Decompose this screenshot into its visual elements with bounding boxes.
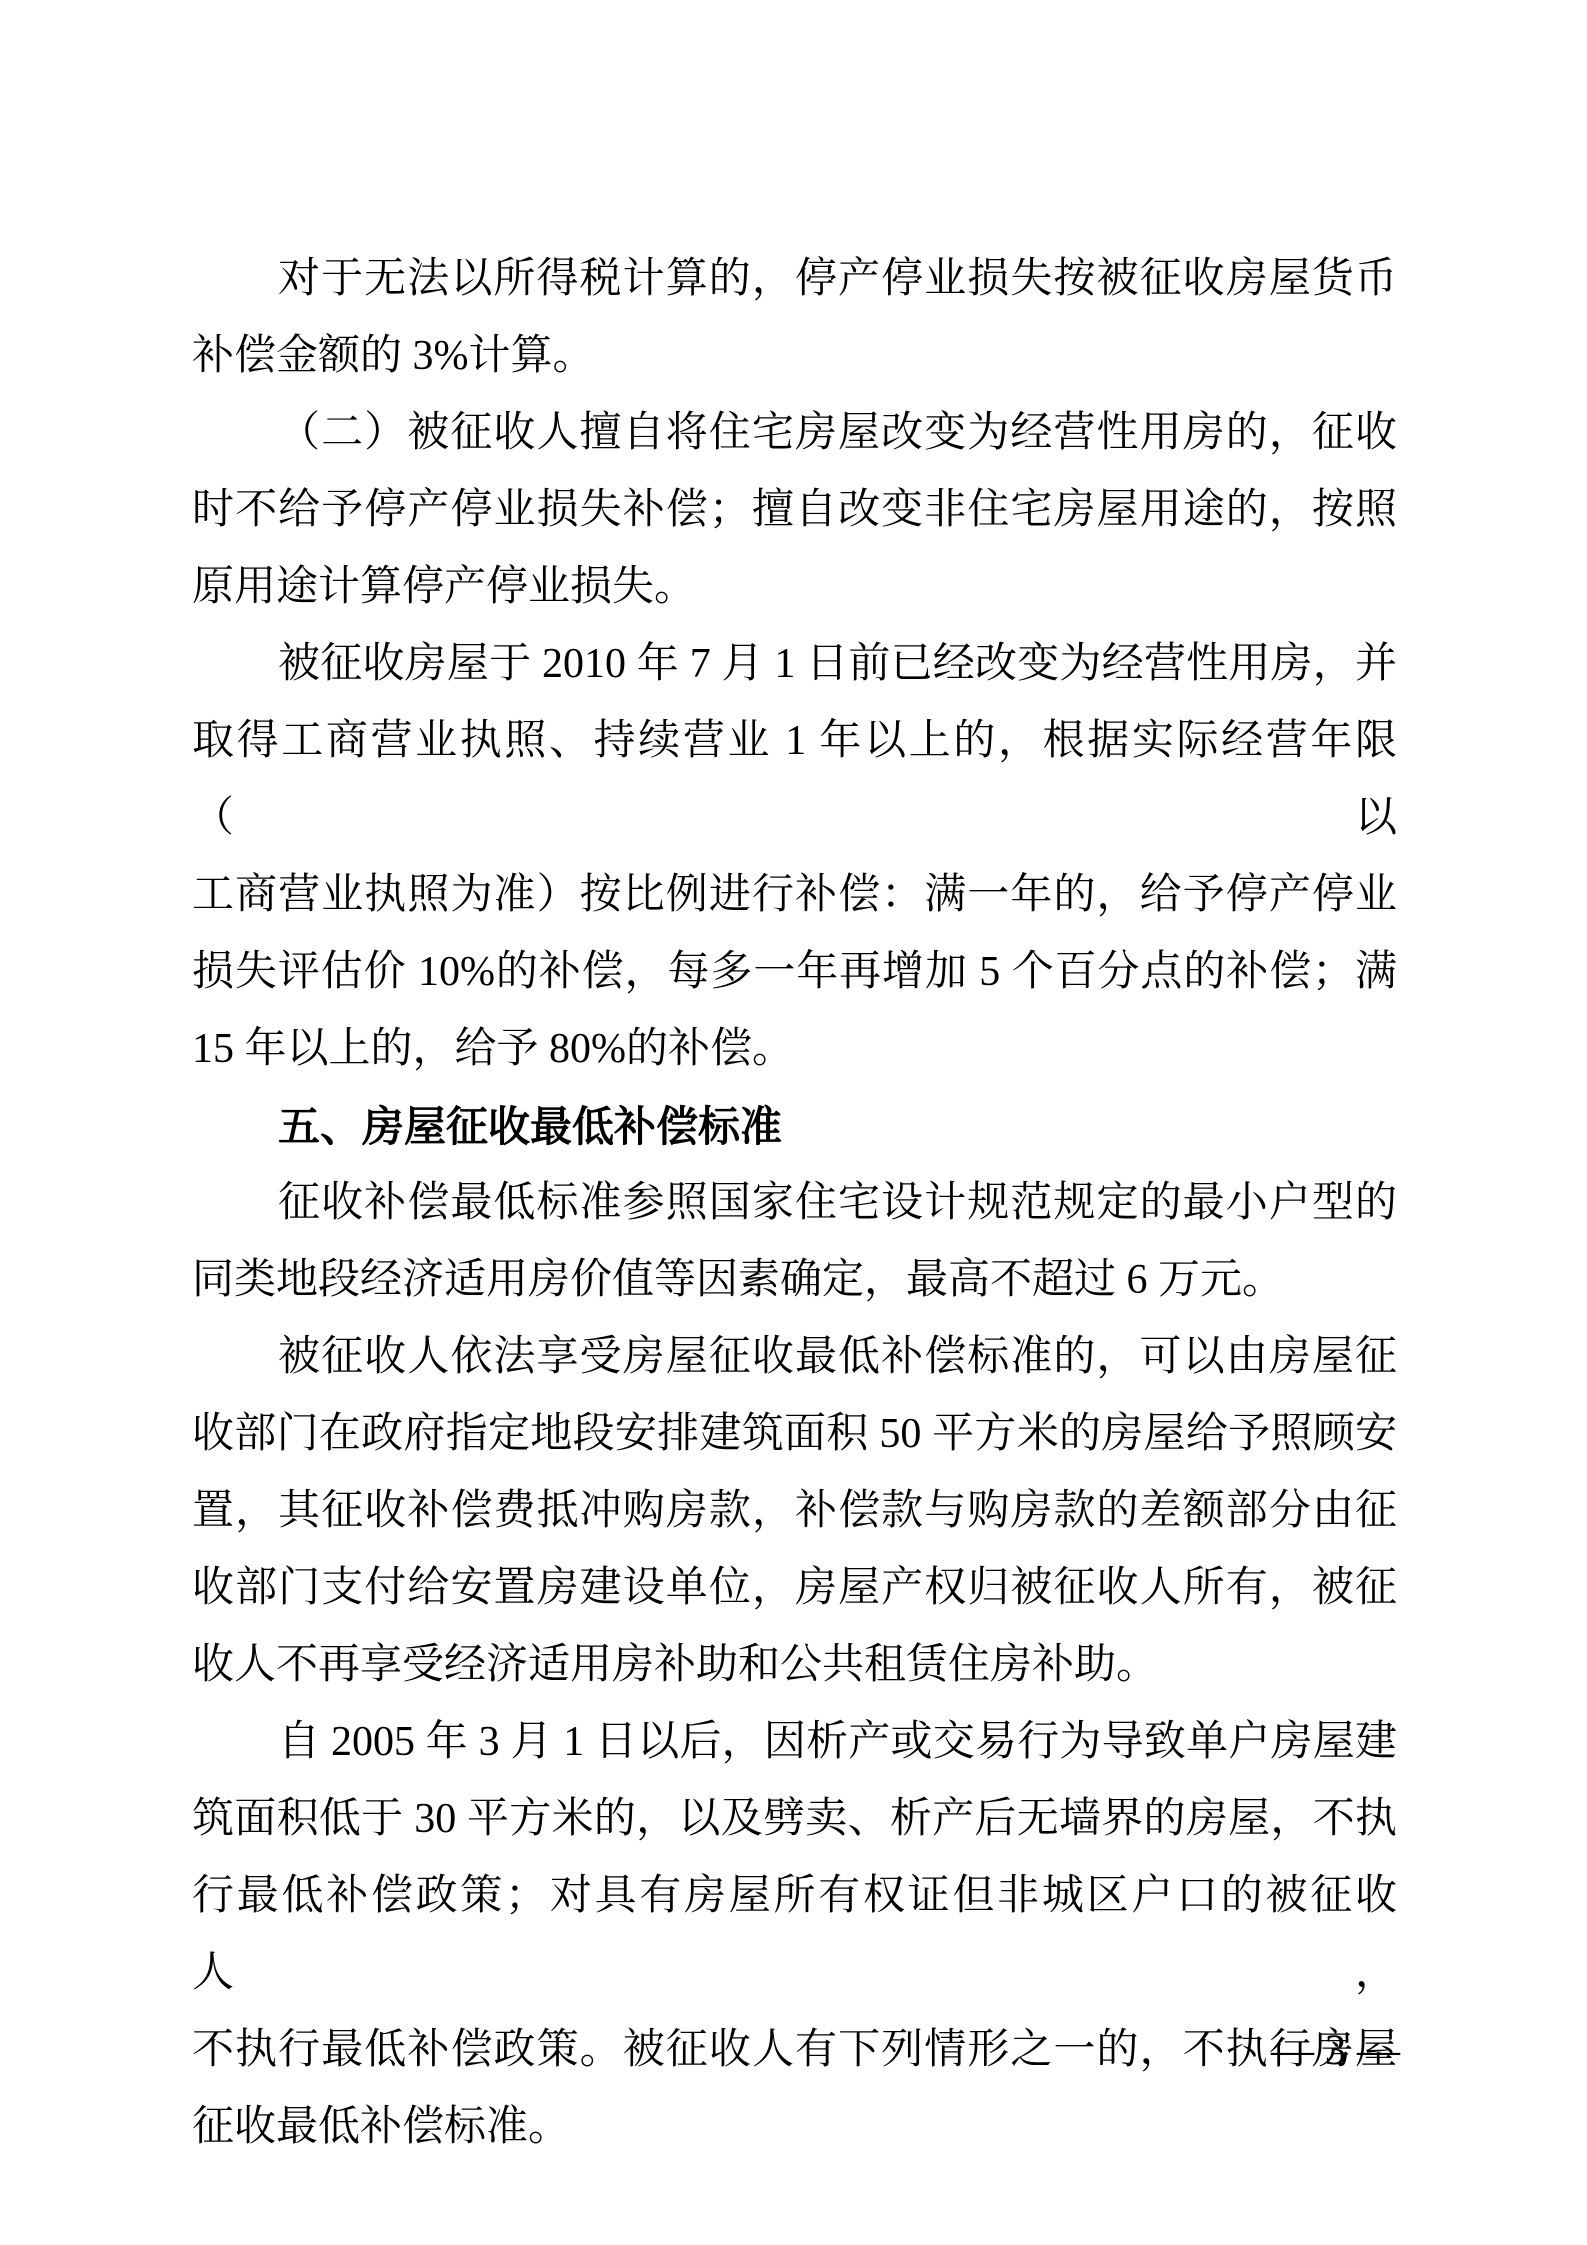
section-heading: 五、房屋征收最低补偿标准 (192, 1088, 1397, 1165)
text-line: 不执行最低补偿政策。被征收人有下列情形之一的，不执行房屋 (192, 2012, 1397, 2089)
text-line: 筑面积低于 30 平方米的，以及劈卖、析产后无墙界的房屋，不执 (192, 1781, 1397, 1858)
paragraph: 征收补偿最低标准参照国家住宅设计规范规定的最小户型的同类地段经济适用房价值等因素… (192, 1165, 1397, 1319)
text-line: 补偿金额的 3%计算。 (192, 318, 1397, 395)
paragraph: 被征收房屋于 2010 年 7 月 1 日前已经改变为经营性用房，并取得工商营业… (192, 626, 1397, 1088)
text-line: 被征收人依法享受房屋征收最低补偿标准的，可以由房屋征 (192, 1319, 1397, 1396)
text-line: 取得工商营业执照、持续营业 1 年以上的，根据实际经营年限（以 (192, 703, 1397, 857)
text-line: 时不给予停产停业损失补偿；擅自改变非住宅房屋用途的，按照 (192, 472, 1397, 549)
text-line: 原用途计算停产停业损失。 (192, 549, 1397, 626)
paragraph: 对于无法以所得税计算的，停产停业损失按被征收房屋货币补偿金额的 3%计算。 (192, 241, 1397, 395)
page-footer: — 3 — (1271, 2026, 1400, 2076)
text-line: 收部门在政府指定地段安排建筑面积 50 平方米的房屋给予照顾安 (192, 1396, 1397, 1473)
text-line: 征收补偿最低标准参照国家住宅设计规范规定的最小户型的 (192, 1165, 1397, 1242)
text-line: 损失评估价 10%的补偿，每多一年再增加 5 个百分点的补偿；满 (192, 934, 1397, 1011)
text-line: 工商营业执照为准）按比例进行补偿：满一年的，给予停产停业 (192, 857, 1397, 934)
paragraph: 自 2005 年 3 月 1 日以后，因析产或交易行为导致单户房屋建筑面积低于 … (192, 1704, 1397, 2166)
text-line: 收部门支付给安置房建设单位，房屋产权归被征收人所有，被征 (192, 1550, 1397, 1627)
text-line: 置，其征收补偿费抵冲购房款，补偿款与购房款的差额部分由征 (192, 1473, 1397, 1550)
text-line: 行最低补偿政策；对具有房屋所有权证但非城区户口的被征收人， (192, 1858, 1397, 2012)
page-number: — 3 — (1271, 2027, 1400, 2074)
text-line: 同类地段经济适用房价值等因素确定，最高不超过 6 万元。 (192, 1242, 1397, 1319)
text-line: 自 2005 年 3 月 1 日以后，因析产或交易行为导致单户房屋建 (192, 1704, 1397, 1781)
text-line: （二）被征收人擅自将住宅房屋改变为经营性用房的，征收 (192, 395, 1397, 472)
document-body: 对于无法以所得税计算的，停产停业损失按被征收房屋货币补偿金额的 3%计算。（二）… (192, 241, 1397, 2166)
paragraph: （二）被征收人擅自将住宅房屋改变为经营性用房的，征收时不给予停产停业损失补偿；擅… (192, 395, 1397, 626)
text-line: 对于无法以所得税计算的，停产停业损失按被征收房屋货币 (192, 241, 1397, 318)
text-line: 被征收房屋于 2010 年 7 月 1 日前已经改变为经营性用房，并 (192, 626, 1397, 703)
text-line: 收人不再享受经济适用房补助和公共租赁住房补助。 (192, 1627, 1397, 1704)
document-page: 对于无法以所得税计算的，停产停业损失按被征收房屋货币补偿金额的 3%计算。（二）… (0, 0, 1587, 2245)
text-line: 五、房屋征收最低补偿标准 (192, 1088, 1397, 1165)
text-line: 15 年以上的，给予 80%的补偿。 (192, 1011, 1397, 1088)
text-line: 征收最低补偿标准。 (192, 2089, 1397, 2166)
paragraph: 被征收人依法享受房屋征收最低补偿标准的，可以由房屋征收部门在政府指定地段安排建筑… (192, 1319, 1397, 1704)
